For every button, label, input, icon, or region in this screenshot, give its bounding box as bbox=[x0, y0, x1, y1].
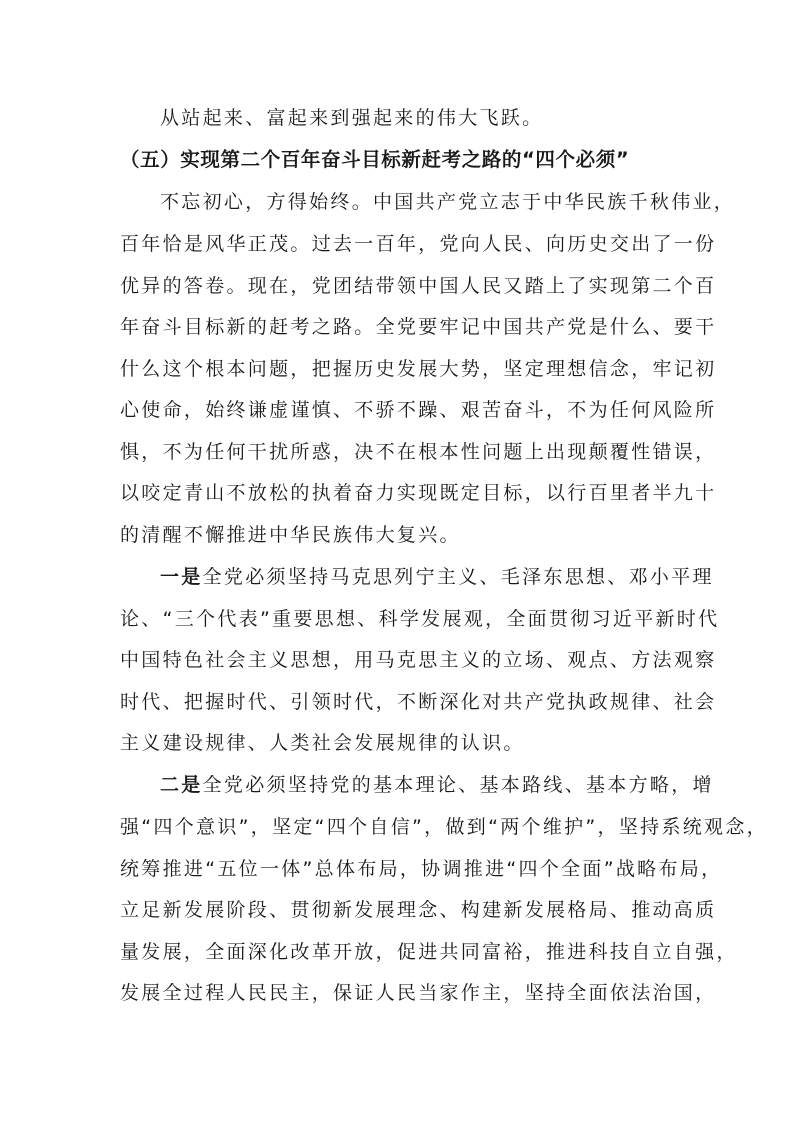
point-label: 一是 bbox=[160, 566, 203, 588]
body-line: 立足新发展阶段、贯彻新发展理念、构建新发展格局、推动高质 bbox=[120, 898, 680, 922]
point-one-line: 一是全党必须坚持马克思列宁主义、毛泽东思想、邓小平理 bbox=[160, 565, 720, 589]
body-line: 量发展，全面深化改革开放，促进共同富裕，推进科技自立自强， bbox=[120, 940, 680, 964]
body-line: 主义建设规律、人类社会发展规律的认识。 bbox=[120, 731, 680, 755]
point-text: 全党必须坚持党的基本理论、基本路线、基本方略，增 bbox=[203, 774, 714, 796]
point-text: 全党必须坚持马克思列宁主义、毛泽东思想、邓小平理 bbox=[203, 566, 714, 588]
point-label: 二是 bbox=[160, 774, 203, 796]
body-line: 心使命，始终谦虚谨慎、不骄不躁、艰苦奋斗，不为任何风险所 bbox=[120, 398, 680, 422]
body-line: 强“四个意识”，坚定“四个自信”，做到“两个维护”，坚持系统观念， bbox=[120, 815, 680, 839]
body-line: 年奋斗目标新的赶考之路。全党要牢记中国共产党是什么、要干 bbox=[120, 315, 680, 339]
body-line: 中国特色社会主义思想，用马克思主义的立场、观点、方法观察 bbox=[120, 648, 680, 672]
body-line: 发展全过程人民民主，保证人民当家作主，坚持全面依法治国， bbox=[120, 981, 680, 1005]
body-line: 不忘初心，方得始终。中国共产党立志于中华民族千秋伟业， bbox=[160, 190, 720, 214]
body-line: 百年恰是风华正茂。过去一百年，党向人民、向历史交出了一份 bbox=[120, 232, 680, 256]
body-line: 统筹推进“五位一体”总体布局，协调推进“四个全面”战略布局， bbox=[120, 857, 680, 881]
body-line: 什么这个根本问题，把握历史发展大势，坚定理想信念，牢记初 bbox=[120, 357, 680, 381]
body-line: 的清醒不懈推进中华民族伟大复兴。 bbox=[120, 523, 680, 547]
section-heading: （五）实现第二个百年奋斗目标新赶考之路的“四个必须” bbox=[120, 148, 680, 172]
body-line: 以咬定青山不放松的执着奋力实现既定目标，以行百里者半九十 bbox=[120, 481, 680, 505]
body-line: 从站起来、富起来到强起来的伟大飞跃。 bbox=[160, 106, 720, 130]
body-line: 时代、把握时代、引领时代，不断深化对共产党执政规律、社会 bbox=[120, 690, 680, 714]
point-two-line: 二是全党必须坚持党的基本理论、基本路线、基本方略，增 bbox=[160, 773, 720, 797]
body-line: 论、“三个代表”重要思想、科学发展观，全面贯彻习近平新时代 bbox=[120, 607, 680, 631]
body-line: 优异的答卷。现在，党团结带领中国人民又踏上了实现第二个百 bbox=[120, 274, 680, 298]
body-line: 惧，不为任何干扰所惑，决不在根本性问题上出现颠覆性错误， bbox=[120, 440, 680, 464]
document-page: 从站起来、富起来到强起来的伟大飞跃。 （五）实现第二个百年奋斗目标新赶考之路的“… bbox=[0, 0, 793, 1122]
